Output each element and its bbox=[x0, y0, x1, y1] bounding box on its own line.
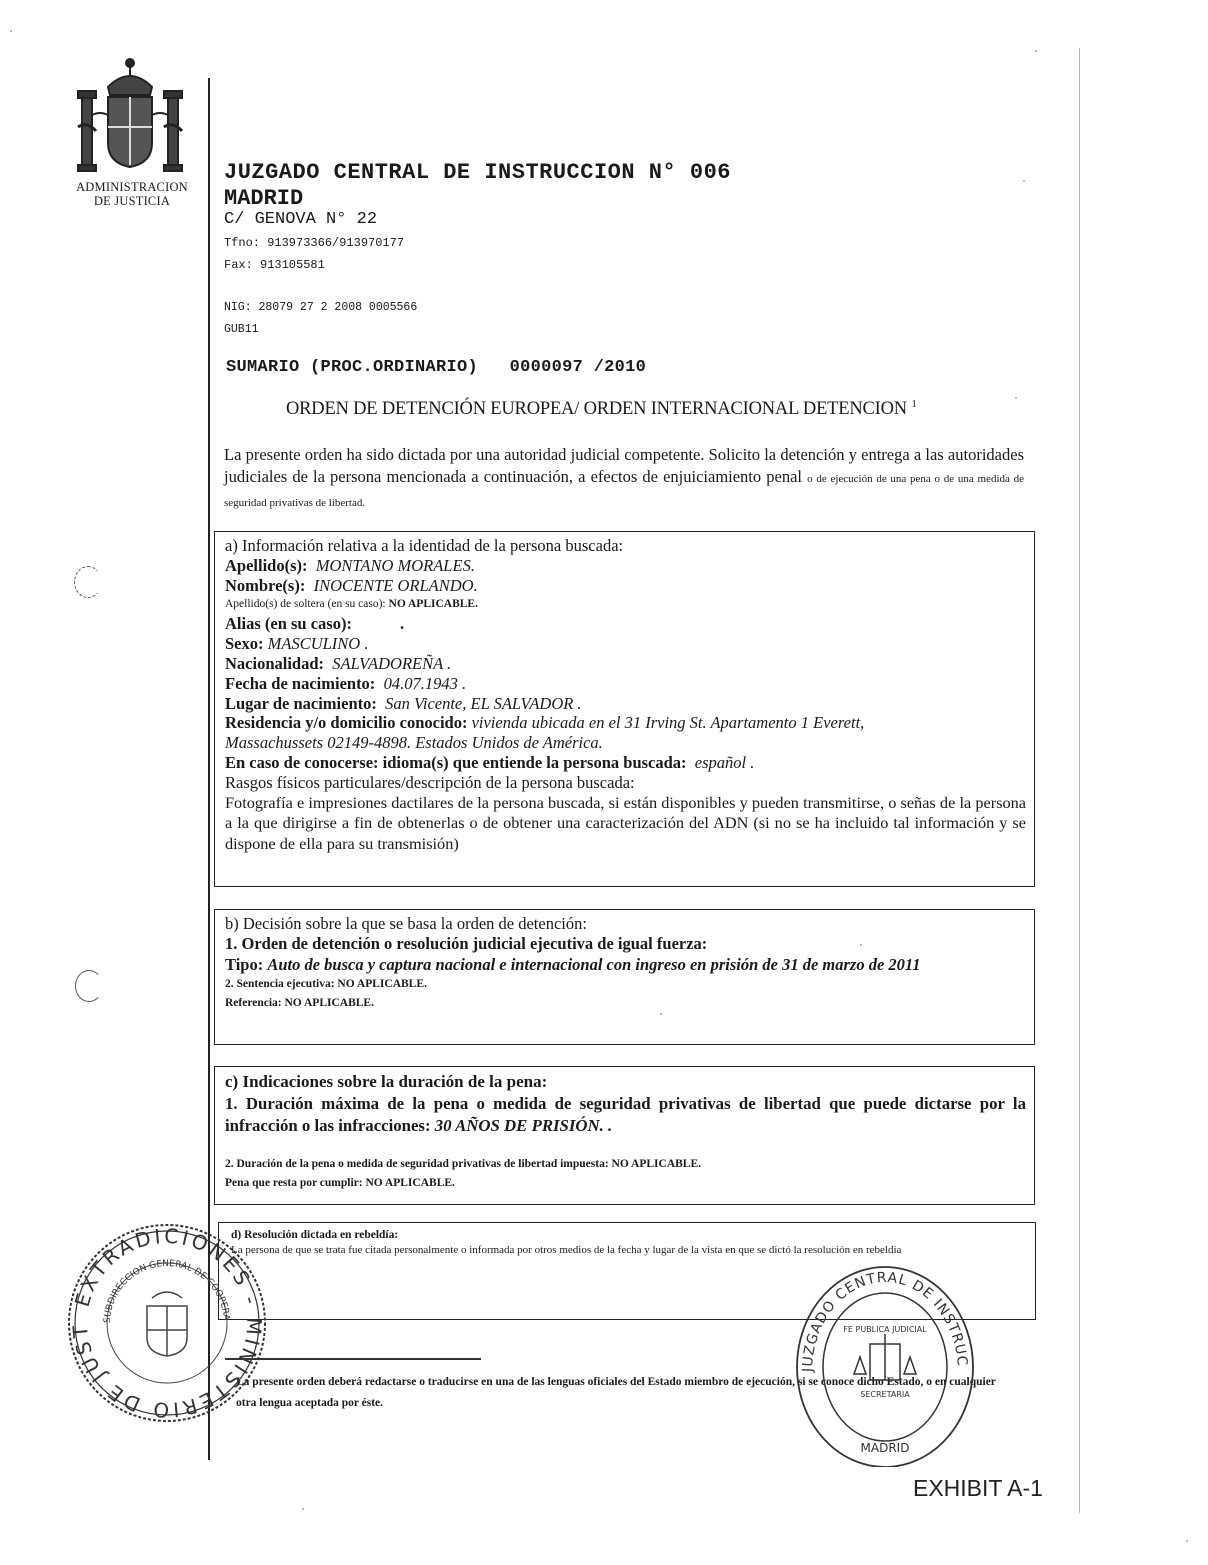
field-nationality: Nacionalidad: SALVADOREÑA . bbox=[225, 654, 1026, 674]
court-address: C/ GENOVA N° 22 bbox=[224, 210, 377, 229]
field-maiden-name: Apellido(s) de soltera (en su caso): NO … bbox=[225, 595, 1026, 614]
court-code: GUB11 bbox=[224, 323, 259, 336]
section-d-text: La persona de que se trata fue citada pe… bbox=[231, 1243, 1027, 1258]
field-given-names: Nombre(s): INOCENTE ORLANDO. bbox=[225, 576, 1026, 596]
exhibit-label: EXHIBIT A-1 bbox=[913, 1475, 1043, 1502]
crest-caption-line2: DE JUSTICIA bbox=[62, 194, 202, 208]
svg-text:FE PUBLICA JUDICIAL: FE PUBLICA JUDICIAL bbox=[843, 1325, 927, 1334]
court-fax: Fax: 913105581 bbox=[224, 258, 325, 272]
svg-text:SECRETARIA: SECRETARIA bbox=[860, 1390, 910, 1399]
scan-speck bbox=[302, 1508, 304, 1510]
case-reference: SUMARIO (PROC.ORDINARIO) 0000097 /2010 bbox=[226, 358, 646, 377]
punch-hole-icon bbox=[74, 566, 102, 598]
scan-speck bbox=[1023, 180, 1025, 182]
court-city: MADRID bbox=[224, 186, 303, 211]
court-nig: NIG: 28079 27 2 2008 0005566 bbox=[224, 301, 417, 314]
footnote-mark: 1 bbox=[911, 398, 916, 410]
scan-speck bbox=[1035, 50, 1037, 52]
field-birth-date: Fecha de nacimiento: 04.07.1943 . bbox=[225, 674, 1026, 694]
photo-note: Fotografía e impresiones dactilares de l… bbox=[225, 793, 1026, 855]
section-c-item2: 2. Duración de la pena o medida de segur… bbox=[225, 1155, 1026, 1174]
section-d-heading: d) Resolución dictada en rebeldía: bbox=[231, 1227, 1027, 1243]
section-c-item1: 1. Duración máxima de la pena o medida d… bbox=[225, 1093, 1026, 1137]
scan-speck bbox=[1186, 1540, 1188, 1542]
intro-paragraph: La presente orden ha sido dictada por un… bbox=[224, 444, 1024, 514]
ministry-extradition-stamp-icon: EXTRADICIONES - MINISTERIO DE JUSTICIA S… bbox=[62, 1218, 272, 1428]
svg-text:MADRID: MADRID bbox=[861, 1441, 910, 1455]
scan-speck bbox=[10, 30, 12, 32]
field-physical-traits: Rasgos físicos particulares/descripción … bbox=[225, 773, 1026, 793]
section-b-item1: 1. Orden de detención o resolución judic… bbox=[225, 934, 1026, 954]
section-b-heading: b) Decisión sobre la que se basa la orde… bbox=[225, 914, 1026, 934]
section-c-penalty: c) Indicaciones sobre la duración de la … bbox=[214, 1066, 1035, 1205]
spanish-coat-of-arms-icon bbox=[70, 55, 190, 180]
section-b-decision: b) Decisión sobre la que se basa la orde… bbox=[214, 909, 1035, 1045]
section-c-heading: c) Indicaciones sobre la duración de la … bbox=[225, 1071, 1026, 1093]
case-number: 0000097 /2010 bbox=[510, 358, 647, 377]
section-b-item2: 2. Sentencia ejecutiva: NO APLICABLE. bbox=[225, 975, 1026, 994]
order-title-text: ORDEN DE DETENCIÓN EUROPEA/ ORDEN INTERN… bbox=[286, 399, 907, 419]
section-a-heading: a) Información relativa a la identidad d… bbox=[225, 536, 1026, 556]
court-name: JUZGADO CENTRAL DE INSTRUCCION N° 006 bbox=[224, 160, 731, 185]
punch-hole-icon bbox=[75, 970, 103, 1002]
scan-speck bbox=[660, 1013, 662, 1015]
scan-speck bbox=[1015, 397, 1017, 399]
field-birth-place: Lugar de nacimiento: San Vicente, EL SAL… bbox=[225, 694, 1026, 714]
right-margin-rule bbox=[1079, 48, 1080, 1513]
crest-caption: ADMINISTRACION DE JUSTICIA bbox=[62, 180, 202, 208]
svg-text:JUZGADO CENTRAL DE INSTRUCCION: JUZGADO CENTRAL DE INSTRUCCION NUMERO 6 bbox=[790, 1262, 970, 1373]
court-secretary-stamp-icon: JUZGADO CENTRAL DE INSTRUCCION NUMERO 6 … bbox=[790, 1262, 980, 1467]
case-label: SUMARIO (PROC.ORDINARIO) bbox=[226, 358, 478, 377]
field-surname: Apellido(s): MONTANO MORALES. bbox=[225, 556, 1026, 576]
field-residence: Residencia y/o domicilio conocido: vivie… bbox=[225, 713, 1026, 733]
field-language: En caso de conocerse: idioma(s) que enti… bbox=[225, 753, 1026, 773]
crest-caption-line1: ADMINISTRACION bbox=[62, 180, 202, 194]
order-title: ORDEN DE DETENCIÓN EUROPEA/ ORDEN INTERN… bbox=[286, 398, 917, 420]
svg-text:EXTRADICIONES - MINISTERIO DE: EXTRADICIONES - MINISTERIO DE JUSTICIA bbox=[62, 1218, 266, 1422]
section-b-type: Tipo: Auto de busca y captura nacional e… bbox=[225, 954, 1026, 975]
section-c-remaining: Pena que resta por cumplir: NO APLICABLE… bbox=[225, 1174, 1026, 1193]
field-residence-cont: Massachussets 02149-4898. Estados Unidos… bbox=[225, 733, 1026, 753]
field-sex: Sexo: MASCULINO . bbox=[225, 634, 1026, 654]
section-a-identity: a) Información relativa a la identidad d… bbox=[214, 531, 1035, 887]
section-b-reference: Referencia: NO APLICABLE. bbox=[225, 994, 1026, 1013]
field-alias: Alias (en su caso):. bbox=[225, 614, 1026, 634]
scan-speck bbox=[860, 944, 862, 946]
court-phone: Tfno: 913973366/913970177 bbox=[224, 236, 404, 250]
